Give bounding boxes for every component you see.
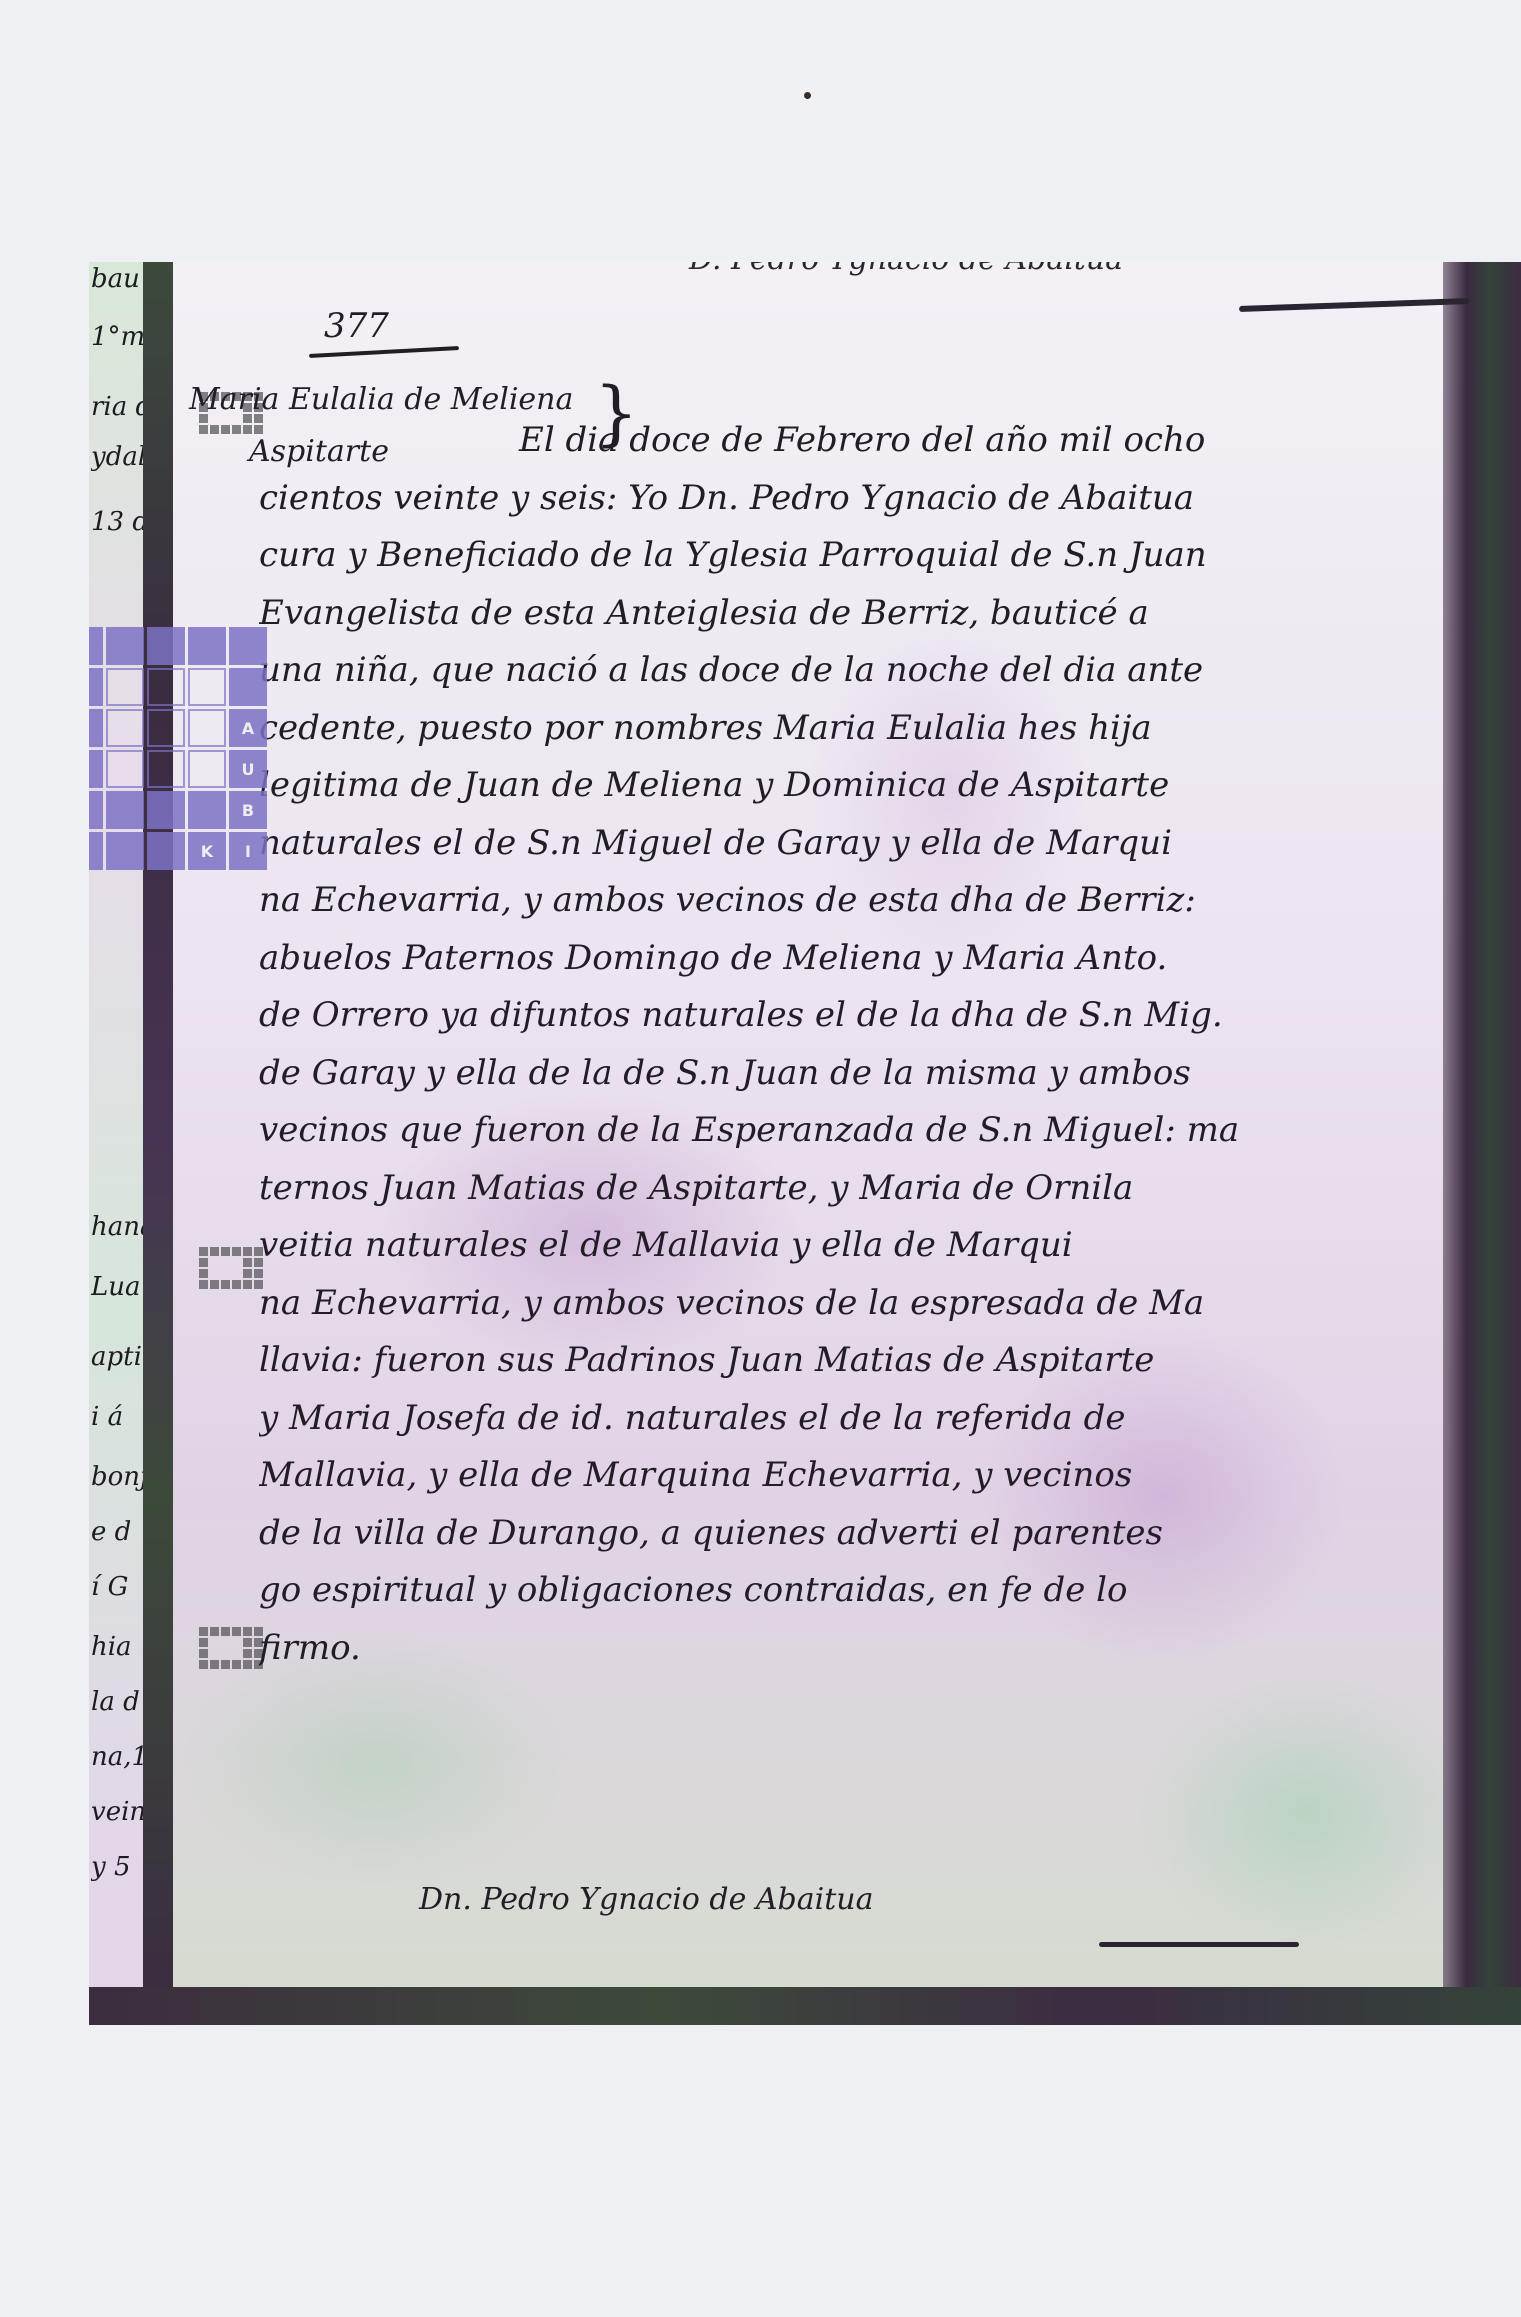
body-line: Evangelista de esta Anteiglesia de Berri… (259, 585, 1449, 643)
fragment: veins (91, 1797, 143, 1827)
fragment: hana (91, 1212, 143, 1242)
body-line: na Echevarria, y ambos vecinos de esta d… (259, 872, 1449, 930)
watermark-cell (89, 709, 103, 747)
watermark-cell (89, 791, 103, 829)
watermark-cell (229, 627, 267, 665)
watermark-cell: U (229, 750, 267, 788)
body-line: una niña, que nació a las doce de la noc… (259, 642, 1449, 700)
watermark-cell: A (229, 709, 267, 747)
watermark-cell (147, 832, 185, 870)
watermark-grid: H I C R A A U B K I (89, 627, 267, 870)
watermark-cell (106, 750, 144, 788)
body-line: na Echevarria, y ambos vecinos de la esp… (259, 1275, 1449, 1333)
body-line: llavia: fueron sus Padrinos Juan Matias … (259, 1332, 1449, 1390)
body-line: cura y Beneficiado de la Yglesia Parroqu… (259, 527, 1449, 585)
folio-underline (309, 346, 459, 358)
watermark-cell (147, 709, 185, 747)
fragment: i á (91, 1402, 143, 1432)
folio-number: 377 (324, 306, 389, 346)
body-line: veitia naturales el de Mallavia y ella d… (259, 1217, 1449, 1275)
watermark-cell (106, 627, 144, 665)
watermark-cell (106, 668, 144, 706)
archive-stamp-mark (199, 1627, 263, 1669)
watermark-cell (188, 668, 226, 706)
fragment: apti (91, 1342, 143, 1372)
header-signature: D. Pedro Ygnacio de Abaitua (689, 262, 1123, 277)
fragment: hia (91, 1632, 143, 1662)
watermark-cell: I (229, 832, 267, 870)
body-line: de Orrero ya difuntos naturales el de la… (259, 987, 1449, 1045)
watermark-cell (106, 709, 144, 747)
watermark-cell (229, 668, 267, 706)
dust-speck (804, 92, 811, 99)
watermark-cell: B (229, 791, 267, 829)
watermark-cell (147, 627, 185, 665)
watermark-cell (89, 832, 103, 870)
facing-page-fragments: bau 1°m ria d ydal 13 d hana Lua apti i … (89, 262, 143, 2025)
bottom-edge-band (89, 1987, 1521, 2025)
body-line: abuelos Paternos Domingo de Meliena y Ma… (259, 930, 1449, 988)
watermark-cell: K (188, 832, 226, 870)
signature-flourish (1099, 1942, 1299, 1947)
body-line: ternos Juan Matias de Aspitarte, y Maria… (259, 1160, 1449, 1218)
archive-stamp-mark (199, 1247, 263, 1289)
fragment: y 5 (91, 1852, 143, 1882)
body-line: de la villa de Durango, a quienes advert… (259, 1505, 1449, 1563)
body-line: Mallavia, y ella de Marquina Echevarria,… (259, 1447, 1449, 1505)
fragment: la d (91, 1687, 143, 1717)
body-line: El dia doce de Febrero del año mil ocho (259, 412, 1449, 470)
watermark-cell (188, 709, 226, 747)
body-line: y Maria Josefa de id. naturales el de la… (259, 1390, 1449, 1448)
body-line: vecinos que fueron de la Esperanzada de … (259, 1102, 1449, 1160)
watermark-cell (89, 750, 103, 788)
right-edge-band (1443, 262, 1521, 2025)
body-line: de Garay y ella de la de S.n Juan de la … (259, 1045, 1449, 1103)
watermark-cell (188, 791, 226, 829)
fragment: í G (91, 1572, 143, 1602)
fragment: 1°m (91, 322, 143, 352)
manuscript-scan: bau 1°m ria d ydal 13 d hana Lua apti i … (89, 262, 1521, 2025)
signature-flourish (1239, 298, 1469, 312)
body-line: go espiritual y obligaciones contraidas,… (259, 1562, 1449, 1620)
record-body: El dia doce de Febrero del año mil ocho … (259, 412, 1449, 1677)
body-line: naturales el de S.n Miguel de Garay y el… (259, 815, 1449, 873)
body-line: cedente, puesto por nombres Maria Eulali… (259, 700, 1449, 758)
fragment: ydal (91, 442, 143, 472)
watermark-cell (147, 791, 185, 829)
fragment: na,1 (91, 1742, 143, 1772)
fragment: Lua (91, 1272, 143, 1302)
body-line: legitima de Juan de Meliena y Dominica d… (259, 757, 1449, 815)
body-line: firmo. (259, 1620, 1449, 1678)
body-line: cientos veinte y seis: Yo Dn. Pedro Ygna… (259, 470, 1449, 528)
watermark-cell (188, 627, 226, 665)
watermark-cell (89, 668, 103, 706)
fragment: e d (91, 1517, 143, 1547)
fragment: ria d (91, 392, 143, 422)
watermark-cell (147, 750, 185, 788)
closing-signature: Dn. Pedro Ygnacio de Abaitua (419, 1882, 874, 1917)
fragment: bonj (91, 1462, 143, 1492)
fragment: bau (91, 264, 143, 294)
facing-page-strip: bau 1°m ria d ydal 13 d hana Lua apti i … (89, 262, 143, 2025)
watermark-cell (106, 832, 144, 870)
watermark-cell: I (89, 627, 103, 665)
watermark-cell (106, 791, 144, 829)
fragment: 13 d (91, 507, 143, 537)
watermark-cell (147, 668, 185, 706)
watermark-cell (188, 750, 226, 788)
book-spine (143, 262, 173, 2025)
